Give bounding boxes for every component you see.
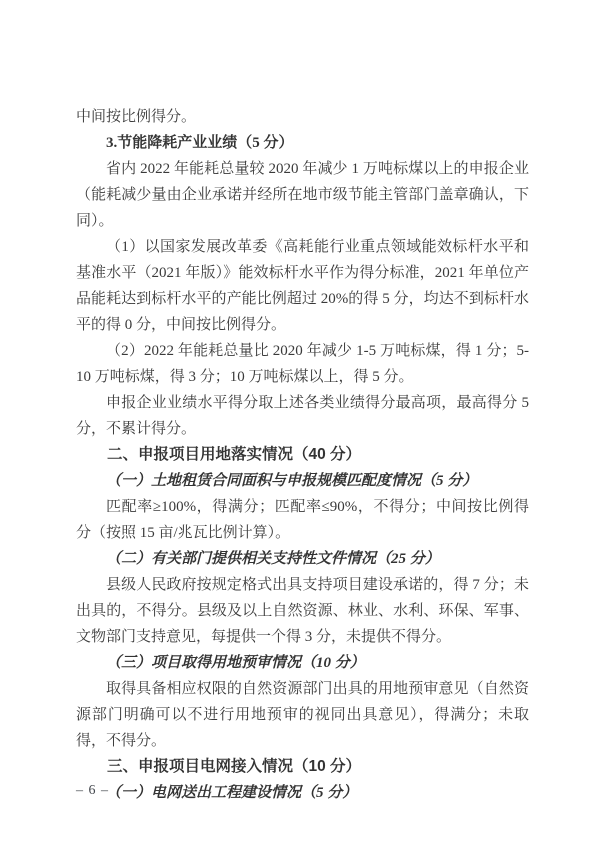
paragraph: 匹配率≥100%，得满分；匹配率≤90%，不得分；中间按比例得分（按照 15 亩… [76,494,529,546]
document-body: 中间按比例得分。 3.节能降耗产业业绩（5 分） 省内 2022 年能耗总量较 … [76,104,529,806]
paragraph: 县级人民政府按规定格式出具支持项目建设承诺的，得 7 分；未出具的，不得分。县级… [76,572,529,650]
paragraph: 二、申报项目用地落实情况（40 分） [76,442,529,468]
document-page: 中间按比例得分。 3.节能降耗产业业绩（5 分） 省内 2022 年能耗总量较 … [0,0,600,848]
paragraph: （2）2022 年能耗总量比 2020 年减少 1-5 万吨标煤，得 1 分；5… [76,338,529,390]
paragraph: 申报企业业绩水平得分取上述各类业绩得分最高项，最高得分 5 分，不累计得分。 [76,390,529,442]
paragraph: （三）项目取得用地预审情况（10 分） [76,650,529,676]
paragraph: 中间按比例得分。 [76,104,529,130]
paragraph: （一）土地租赁合同面积与申报规模匹配度情况（5 分） [76,468,529,494]
paragraph: （1）以国家发展改革委《高耗能行业重点领域能效标杆水平和基准水平（2021 年版… [76,234,529,338]
paragraph: （一）电网送出工程建设情况（5 分） [76,780,529,806]
paragraph: 取得具备相应权限的自然资源部门出具的用地预审意见（自然资源部门明确可以不进行用地… [76,676,529,754]
page-number: – 6 – [76,782,109,800]
paragraph: 三、申报项目电网接入情况（10 分） [76,754,529,780]
paragraph: （二）有关部门提供相关支持性文件情况（25 分） [76,546,529,572]
paragraph: 省内 2022 年能耗总量较 2020 年减少 1 万吨标煤以上的申报企业（能耗… [76,156,529,234]
paragraph: 3.节能降耗产业业绩（5 分） [76,130,529,156]
